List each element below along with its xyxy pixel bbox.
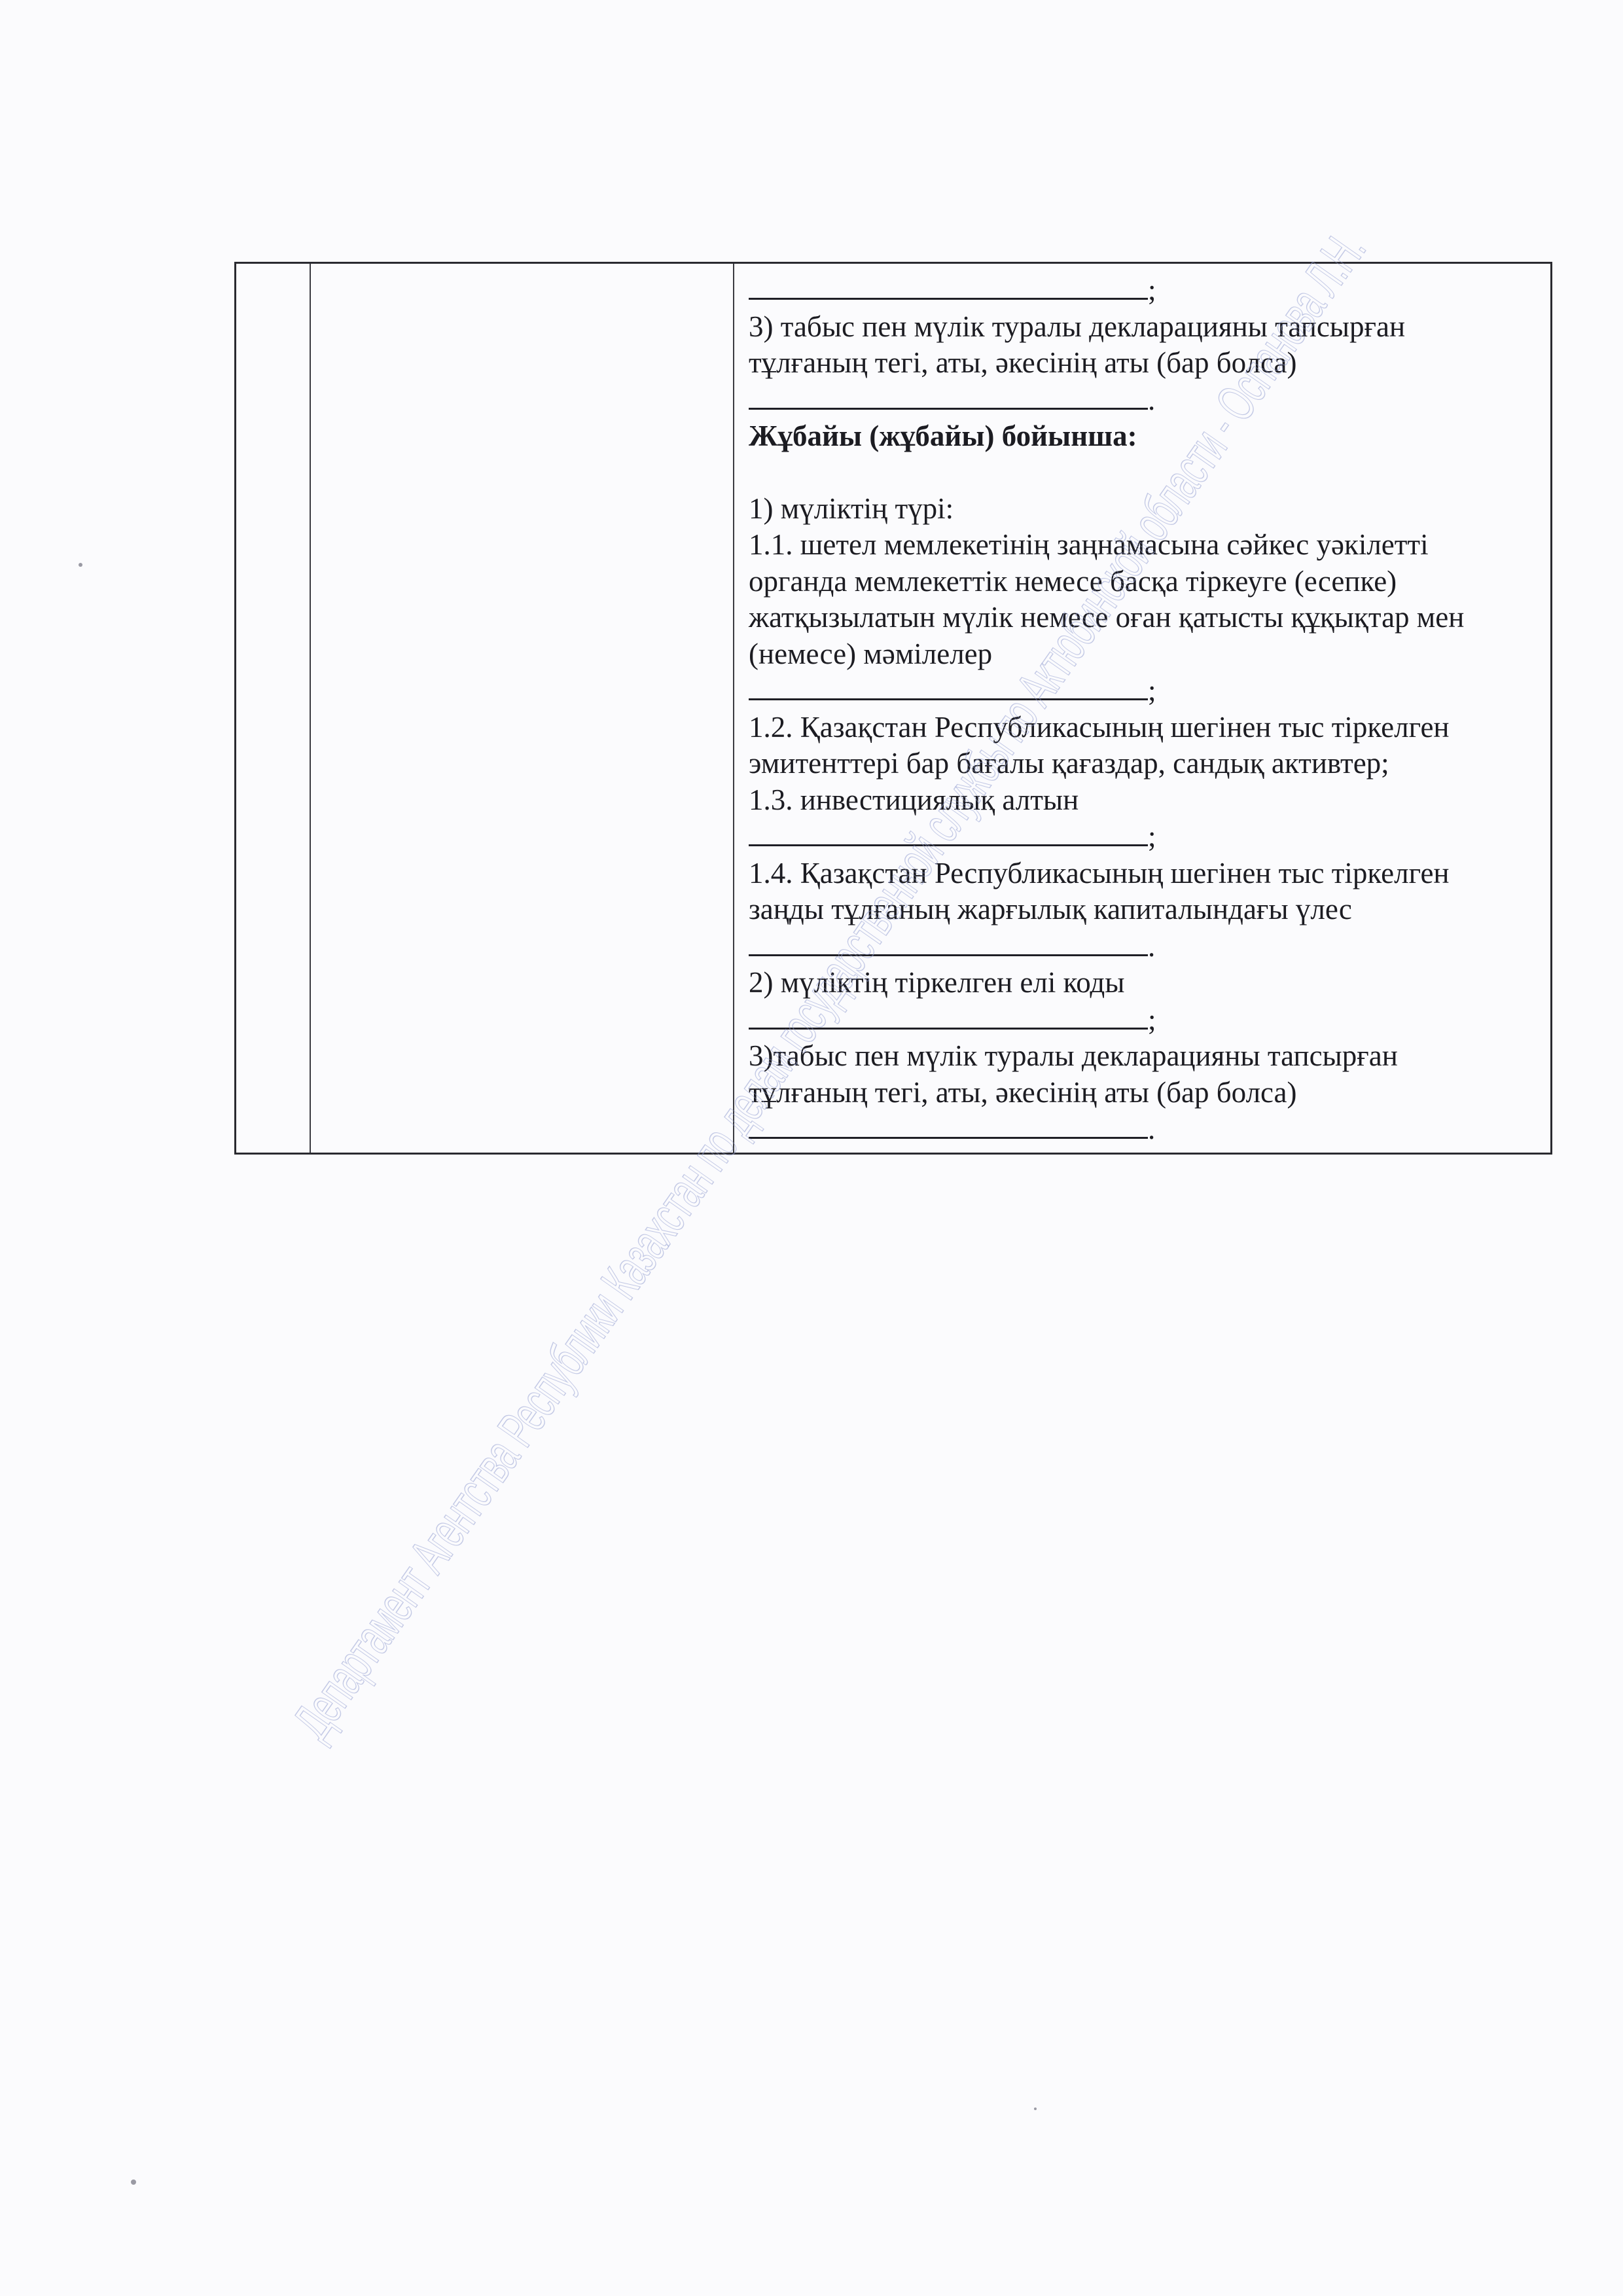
text-line: 1.2. Қазақстан Республикасының шегінен т… xyxy=(749,709,1537,746)
text-line: 1.3. инвестициялық алтын xyxy=(749,782,1537,819)
text-line: 3) табыс пен мүлік туралы декларацияны т… xyxy=(749,309,1537,346)
blank-underline xyxy=(749,928,1148,956)
fill-in-blank-line: . xyxy=(749,1111,1537,1148)
text-line: эмитенттері бар бағалы қағаздар, сандық … xyxy=(749,745,1537,782)
fill-in-blank-line: ; xyxy=(749,272,1537,309)
text-line: 3)табыс пен мүлік туралы декларацияны та… xyxy=(749,1038,1537,1075)
text-line: тұлғаның тегі, аты, әкесінің аты (бар бо… xyxy=(749,1075,1537,1111)
scan-speck xyxy=(1034,2108,1037,2110)
scan-speck xyxy=(79,563,82,567)
table-column-content: ;3) табыс пен мүлік туралы декларацияны … xyxy=(734,264,1550,1153)
blank-punctuation: . xyxy=(1148,930,1155,963)
text-line: (немесе) мәмілелер xyxy=(749,636,1537,673)
blank-punctuation: ; xyxy=(1148,674,1156,707)
fill-in-blank-line: ; xyxy=(749,818,1537,855)
blank-underline xyxy=(749,272,1148,300)
fill-in-blank-line: ; xyxy=(749,672,1537,709)
blank-punctuation: . xyxy=(1148,384,1155,416)
blank-punctuation: ; xyxy=(1148,274,1156,306)
blank-underline xyxy=(749,382,1148,410)
text-line: тұлғаның тегі, аты, әкесінің аты (бар бо… xyxy=(749,345,1537,382)
blank-underline xyxy=(749,672,1148,700)
blank-punctuation: . xyxy=(1148,1113,1155,1145)
fill-in-blank-line: ; xyxy=(749,1001,1537,1039)
table-column-description xyxy=(311,264,734,1153)
scan-speck xyxy=(131,2179,136,2185)
fill-in-blank-line: . xyxy=(749,382,1537,419)
blank-punctuation: ; xyxy=(1148,820,1156,853)
text-line: жатқызылатын мүлік немесе оған қатысты қ… xyxy=(749,600,1537,636)
declaration-table: ;3) табыс пен мүлік туралы декларацияны … xyxy=(234,262,1552,1155)
section-heading: Жұбайы (жұбайы) бойынша: xyxy=(749,418,1537,455)
blank-underline xyxy=(749,1111,1148,1139)
blank-punctuation: ; xyxy=(1148,1003,1156,1036)
table-column-number xyxy=(236,264,311,1153)
